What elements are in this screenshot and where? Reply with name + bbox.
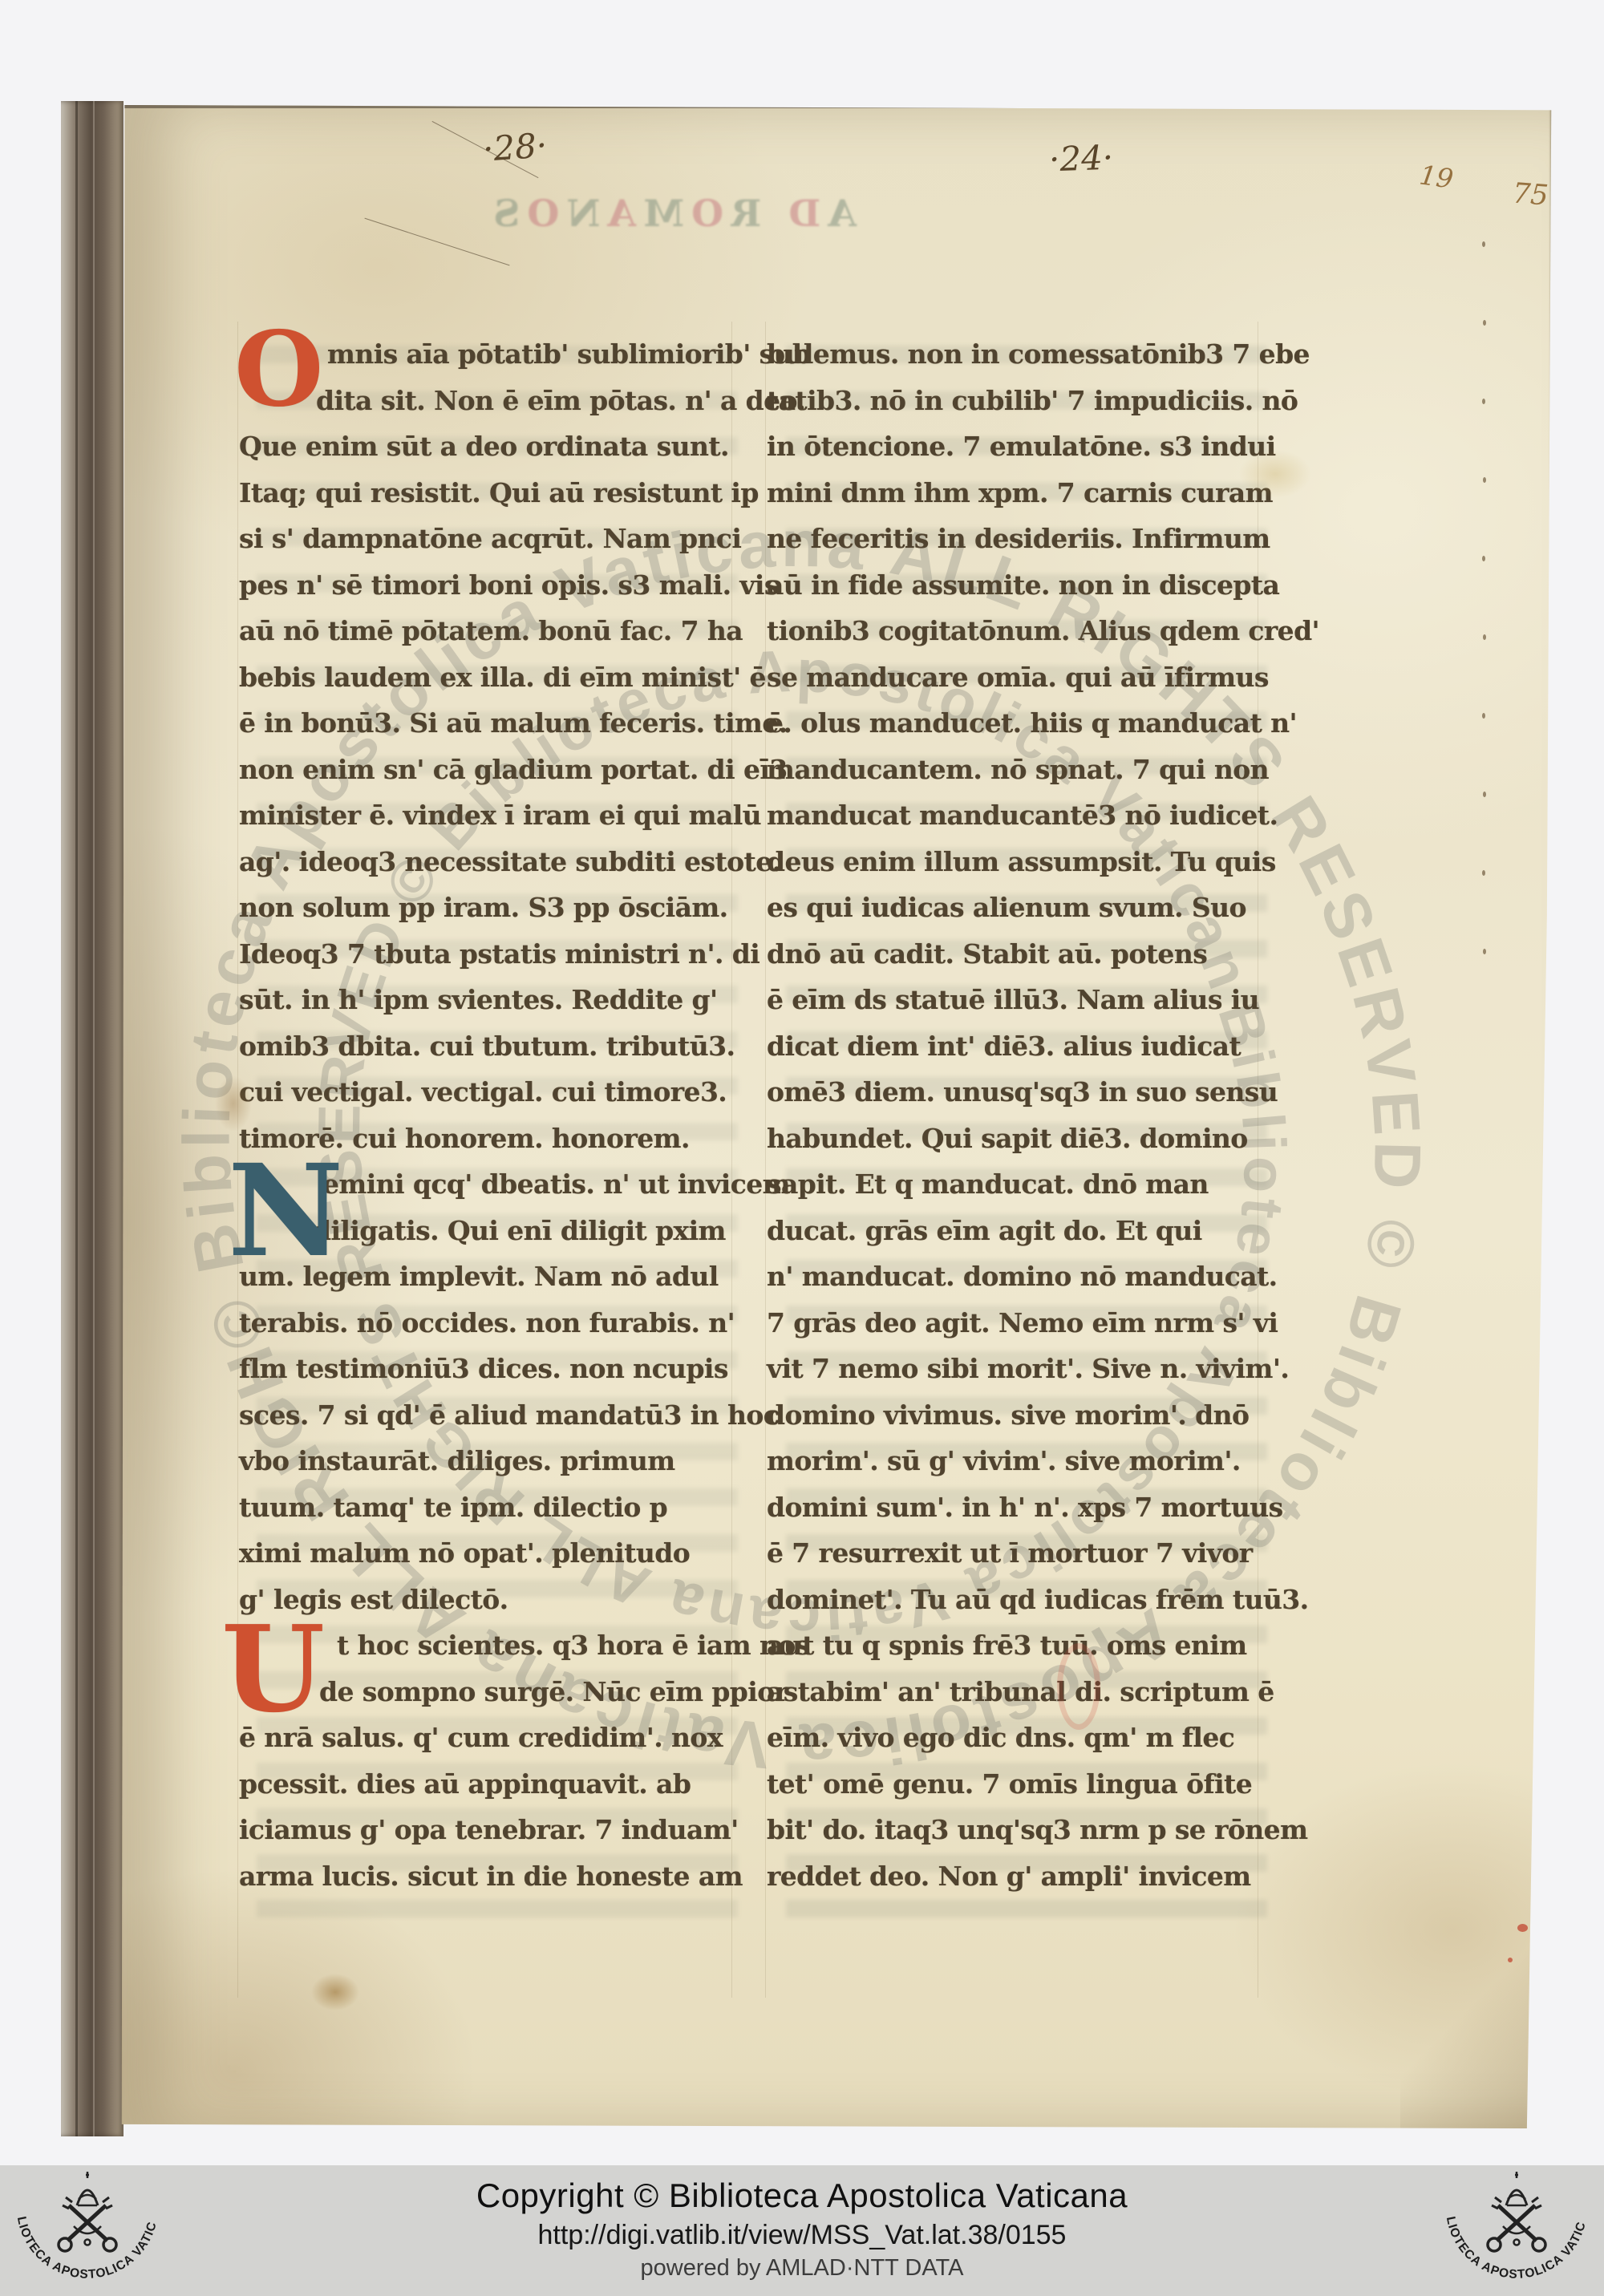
- manuscript-line: dnō aū cadit. Stabit aū. potens: [767, 931, 1262, 978]
- page-edge-dot: [1483, 477, 1486, 483]
- manuscript-line: dominet'. Tu aū qd iudicas frēm tuū3.: [767, 1577, 1262, 1623]
- showthrough-letter: [761, 192, 781, 235]
- manuscript-line: ne feceritis in desideriis. Infirmum: [767, 516, 1262, 562]
- papal-keys-icon: [1488, 2172, 1545, 2251]
- manuscript-page: © Biblioteca Apostolica Vaticana ALL RIG…: [120, 105, 1553, 2132]
- manuscript-line: vit 7 nemo sibi morit'. Sive n. vivim'.: [767, 1346, 1262, 1392]
- red-pigment-speck: [1517, 1924, 1528, 1932]
- page-edge-dot: [1483, 792, 1486, 797]
- page-edge-dot: [1482, 241, 1485, 247]
- showthrough-letter: O: [520, 192, 559, 235]
- manuscript-line: aū nō timē pōtatem. bonū fac. 7 ha: [239, 608, 735, 654]
- manuscript-line: terabis. nō occides. non furabis. n': [239, 1300, 735, 1346]
- manuscript-line: tionib3 cogitatōnum. Alius qdem cred': [767, 608, 1262, 654]
- footer-url-text: http://digi.vatlib.it/view/MSS_Vat.lat.3…: [0, 2220, 1604, 2251]
- manuscript-line: mini dnm ihm xpm. 7 carnis curam: [767, 470, 1262, 516]
- manuscript-line: vbo instaurāt. diliges. primum: [239, 1438, 735, 1484]
- page-edge-dot: [1482, 556, 1485, 561]
- manuscript-line: dicat diem int' diē3. alius iudicat: [767, 1023, 1262, 1070]
- manuscript-line: deus enim illum assumpsit. Tu quis: [767, 839, 1262, 885]
- manuscript-line: aū in fide assumite. non in discepta: [767, 562, 1262, 609]
- footer-copyright-text: Copyright © Biblioteca Apostolica Vatica…: [0, 2177, 1604, 2215]
- page-edge-dot: [1483, 634, 1486, 640]
- page-edge-dot: [1483, 320, 1486, 326]
- manuscript-line: ē 7 resurrexit ut ī mortuor 7 vivor: [767, 1530, 1262, 1577]
- manuscript-line: flm testimoniū3 dices. non ncupis: [239, 1346, 735, 1392]
- manuscript-line: 7 grās deo agit. Nemo eīm nrm s' vi: [767, 1300, 1262, 1346]
- showthrough-letter: N: [559, 192, 600, 235]
- red-pigment-speck: [1530, 1943, 1537, 1949]
- footer-bar: Copyright © Biblioteca Apostolica Vatica…: [0, 2165, 1604, 2296]
- running-title-showthrough: AD ROMANOS: [488, 192, 857, 235]
- manuscript-line: morim'. sū g' vivim'. sive morim'.: [767, 1438, 1262, 1484]
- manuscript-line: ē. olus manducet. hiis q manducat n': [767, 700, 1262, 747]
- stain-spot: [215, 1075, 252, 1132]
- red-initial-offset-ghost: [1057, 1643, 1100, 1730]
- manuscript-line: non enim sn' cā gladium portat. di eī3: [239, 747, 735, 793]
- page-corner-shadow: [1400, 1948, 1553, 2132]
- illuminated-initial-U: U: [221, 1610, 325, 1728]
- manuscript-line: omib3 dbita. cui tbutum. tributū3.: [239, 1023, 735, 1070]
- manuscript-line: ē eīm ds statuē illū3. Nam alius iu: [767, 977, 1262, 1023]
- manuscript-line: ximi malum nō opat'. plenitudo: [239, 1530, 735, 1577]
- manuscript-line: bulemus. non in comessatōnib3 7 ebe: [767, 331, 1262, 378]
- column-1: mnis aīa pōtatib' sublimiorib' subdita s…: [239, 331, 735, 1899]
- manuscript-line: sūt. in h' ipm svientes. Reddite g': [239, 977, 735, 1023]
- manuscript-line: manducat manducantē3 nō iudicet.: [767, 792, 1262, 839]
- manuscript-line: Que enim sūt a deo ordinata sunt.: [239, 423, 735, 470]
- manuscript-line: non solum pp iram. S3 pp ōsciām.: [239, 885, 735, 931]
- stain-spot: [311, 1974, 359, 2011]
- showthrough-letter: M: [636, 192, 684, 235]
- showthrough-letter: D: [781, 192, 820, 235]
- showthrough-letter: S: [486, 192, 520, 235]
- quire-number-pencil: 19: [1417, 159, 1455, 194]
- manuscript-line: minister ē. vindex ī iram ei qui malū: [239, 792, 735, 839]
- manuscript-line: sces. 7 si qd' ē aliud mandatū3 in hoc: [239, 1392, 735, 1439]
- manuscript-line: ē in bonū3. Si aū malum feceris. time.: [239, 700, 735, 747]
- manuscript-line: bebis laudem ex illa. di eīm minist' ē: [239, 654, 735, 701]
- manuscript-line: astabim' an' tribunal di. scriptum ē: [767, 1669, 1262, 1715]
- manuscript-line: ducat. grās eīm agit do. Et qui: [767, 1208, 1262, 1254]
- manuscript-line: habundet. Qui sapit diē3. domino: [767, 1116, 1262, 1162]
- page-edge-dot: [1483, 949, 1486, 954]
- page-edge-dot: [1482, 399, 1485, 404]
- book-binding-gutter: [61, 101, 124, 2136]
- showthrough-letter: A: [600, 192, 636, 235]
- page-edge-dot: [1482, 870, 1485, 876]
- manuscript-line: arma lucis. sicut in die honeste am: [239, 1853, 735, 1900]
- manuscript-line: tet' omē genu. 7 omīs lingua ōfite: [767, 1761, 1262, 1808]
- manuscript-line: domini sum'. in h' n'. xps 7 mortuus: [767, 1484, 1262, 1531]
- manuscript-line: pcessit. dies aū appinquavit. ab: [239, 1761, 735, 1808]
- showthrough-letter: R: [723, 192, 761, 235]
- manuscript-line: bit' do. itaq3 unq'sq3 nrm p se rōnem: [767, 1807, 1262, 1853]
- showthrough-letter: O: [684, 192, 723, 235]
- column-2: bulemus. non in comessatōnib3 7 ebetatib…: [767, 331, 1262, 1899]
- page-edge-dot: [1482, 713, 1485, 719]
- scan-viewport: © Biblioteca Apostolica Vaticana ALL RIG…: [0, 0, 1604, 2296]
- manuscript-line: ag'. ideoq3 necessitate subditi estote.: [239, 839, 735, 885]
- illuminated-initial-N: N: [228, 1148, 343, 1275]
- manuscript-line: in ōtencione. 7 emulatōne. s3 indui: [767, 423, 1262, 470]
- folio-number-pencil: 75: [1512, 177, 1549, 212]
- manuscript-line: n' manducat. domino nō manducat.: [767, 1253, 1262, 1300]
- manuscript-line: Itaq; qui resistit. Qui aū resistunt ip: [239, 470, 735, 516]
- manuscript-line: aut tu q spnis frē3 tuū. oms enim: [767, 1622, 1262, 1669]
- stain-spot: [1239, 450, 1311, 498]
- folio-number-left: ·28·: [481, 125, 548, 168]
- footer-powered-text: powered by AMLAD·NTT DATA: [0, 2255, 1604, 2282]
- folio-number-right: ·24·: [1048, 138, 1114, 180]
- manuscript-line: es qui iudicas alienum svum. Suo: [767, 885, 1262, 931]
- manuscript-line: tatib3. nō in cubilib' 7 impudiciis. nō: [767, 378, 1262, 424]
- manuscript-line: Ideoq3 7 tbuta pstatis ministri n'. di: [239, 931, 735, 978]
- manuscript-line: pes n' sē timori boni opis. s3 mali. vis: [239, 562, 735, 609]
- illuminated-initial-O: O: [234, 318, 324, 421]
- manuscript-line: sapit. Et q manducat. dnō man: [767, 1161, 1262, 1208]
- showthrough-letter: A: [820, 192, 857, 235]
- manuscript-line: reddet deo. Non g' ampli' invicem: [767, 1853, 1262, 1900]
- manuscript-line: tuum. tamq' te ipm. dilectio p: [239, 1484, 735, 1531]
- manuscript-line: si s' dampnatōne acqrūt. Nam pnci: [239, 516, 735, 562]
- svg-text:BIBLIOTECA APOSTOLICA VATICANA: BIBLIOTECA APOSTOLICA VATICANA: [1432, 2168, 1589, 2282]
- manuscript-line: manducantem. nō spnat. 7 qui non: [767, 747, 1262, 793]
- manuscript-line: eīm. vivo ego dic dns. qm' m flec: [767, 1715, 1262, 1761]
- manuscript-line: domino vivimus. sive morim'. dnō: [767, 1392, 1262, 1439]
- papal-keys-icon: [59, 2172, 116, 2251]
- manuscript-line: iciamus g' opa tenebrar. 7 induam': [239, 1807, 735, 1853]
- vatican-library-emblem-left: BIBLIOTECA APOSTOLICA VATICANA: [3, 2168, 172, 2295]
- manuscript-line: cui vectigal. vectigal. cui timore3.: [239, 1069, 735, 1116]
- vatican-library-emblem-right: BIBLIOTECA APOSTOLICA VATICANA: [1432, 2168, 1601, 2295]
- manuscript-line: omē3 diem. unusq'sq3 in suo sensu: [767, 1069, 1262, 1116]
- manuscript-line: se manducare omīa. qui aū īfirmus: [767, 654, 1262, 701]
- svg-text:BIBLIOTECA APOSTOLICA VATICANA: BIBLIOTECA APOSTOLICA VATICANA: [3, 2168, 160, 2282]
